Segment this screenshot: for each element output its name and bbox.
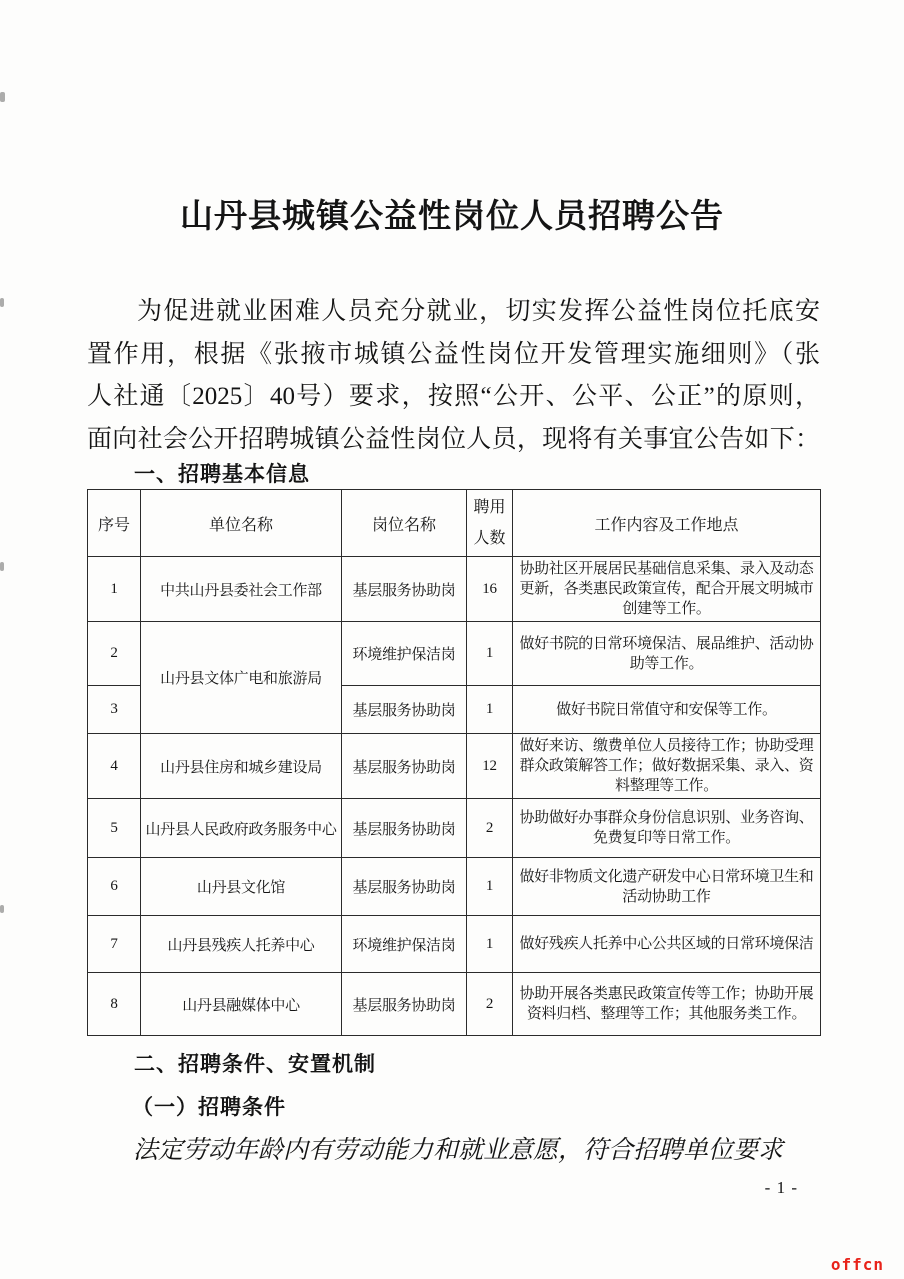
table-row: 2 山丹县文体广电和旅游局 环境维护保洁岗 1 做好书院的日常环境保洁、展品维护… (88, 622, 821, 686)
cell-duty: 做好书院的日常环境保洁、展品维护、活动协助等工作。 (513, 622, 821, 686)
offcn-watermark: offcn (831, 1255, 884, 1274)
cell-no: 3 (88, 686, 141, 734)
cell-post: 基层服务协助岗 (342, 858, 467, 916)
cell-count: 1 (467, 916, 513, 973)
cell-count: 2 (467, 799, 513, 858)
table-row: 8 山丹县融媒体中心 基层服务协助岗 2 协助开展各类惠民政策宣传等工作；协助开… (88, 973, 821, 1036)
intro-line-1: 为促进就业困难人员充分就业，切实发挥公益性岗位托底安 (87, 291, 820, 334)
table-row: 1 中共山丹县委社会工作部 基层服务协助岗 16 协助社区开展居民基础信息采集、… (88, 557, 821, 622)
cell-count: 2 (467, 973, 513, 1036)
cell-post: 环境维护保洁岗 (342, 622, 467, 686)
cell-unit: 山丹县融媒体中心 (141, 973, 342, 1036)
scan-smudge (0, 92, 5, 102)
cell-unit: 山丹县人民政府政务服务中心 (141, 799, 342, 858)
cell-unit: 山丹县残疾人托养中心 (141, 916, 342, 973)
page-number: - 1 - (765, 1178, 798, 1198)
header-duty: 工作内容及工作地点 (513, 490, 821, 557)
table-row: 7 山丹县残疾人托养中心 环境维护保洁岗 1 做好残疾人托养中心公共区域的日常环… (88, 916, 821, 973)
intro-paragraph: 为促进就业困难人员充分就业，切实发挥公益性岗位托底安 置作用，根据《张掖市城镇公… (87, 291, 820, 461)
cell-duty: 做好残疾人托养中心公共区域的日常环境保洁 (513, 916, 821, 973)
scan-smudge (0, 562, 4, 571)
section-1-heading: 一、招聘基本信息 (87, 458, 820, 488)
cell-post: 基层服务协助岗 (342, 799, 467, 858)
cell-duty: 做好来访、缴费单位人员接待工作；协助受理群众政策解答工作；做好数据采集、录入、资… (513, 734, 821, 799)
recruitment-table: 序号 单位名称 岗位名称 聘用人数 工作内容及工作地点 1 中共山丹县委社会工作… (87, 489, 821, 1036)
intro-line-4: 面向社会公开招聘城镇公益性岗位人员，现将有关事宜公告如下： (87, 419, 820, 462)
cell-no: 8 (88, 973, 141, 1036)
table-header-row: 序号 单位名称 岗位名称 聘用人数 工作内容及工作地点 (88, 490, 821, 557)
cell-post: 基层服务协助岗 (342, 557, 467, 622)
cell-duty: 协助社区开展居民基础信息采集、录入及动态更新，各类惠民政策宣传，配合开展文明城市… (513, 557, 821, 622)
cell-unit: 中共山丹县委社会工作部 (141, 557, 342, 622)
cell-no: 5 (88, 799, 141, 858)
cell-duty: 协助开展各类惠民政策宣传等工作；协助开展资料归档、整理等工作；其他服务类工作。 (513, 973, 821, 1036)
cell-no: 4 (88, 734, 141, 799)
intro-line-2: 置作用，根据《张掖市城镇公益性岗位开发管理实施细则》（张 (87, 334, 820, 377)
document-title: 山丹县城镇公益性岗位人员招聘公告 (0, 190, 904, 237)
header-unit: 单位名称 (141, 490, 342, 557)
cell-count: 16 (467, 557, 513, 622)
cell-post: 基层服务协助岗 (342, 686, 467, 734)
cell-count: 1 (467, 686, 513, 734)
intro-line-3: 人社通〔2025〕40号）要求，按照“公开、公平、公正”的原则， (87, 376, 820, 419)
table-row: 4 山丹县住房和城乡建设局 基层服务协助岗 12 做好来访、缴费单位人员接待工作… (88, 734, 821, 799)
cell-duty: 做好非物质文化遗产研发中心日常环境卫生和活动协助工作 (513, 858, 821, 916)
subsection-1-heading: （一）招聘条件 (87, 1091, 820, 1121)
scan-smudge (0, 298, 4, 307)
table-row: 6 山丹县文化馆 基层服务协助岗 1 做好非物质文化遗产研发中心日常环境卫生和活… (88, 858, 821, 916)
cell-duty: 做好书院日常值守和安保等工作。 (513, 686, 821, 734)
cell-count: 12 (467, 734, 513, 799)
header-count: 聘用人数 (467, 490, 513, 557)
cell-count: 1 (467, 622, 513, 686)
cell-no: 2 (88, 622, 141, 686)
cell-no: 7 (88, 916, 141, 973)
header-post: 岗位名称 (342, 490, 467, 557)
cell-count: 1 (467, 858, 513, 916)
cell-post: 基层服务协助岗 (342, 734, 467, 799)
cell-duty: 协助做好办事群众身份信息识别、业务咨询、免费复印等日常工作。 (513, 799, 821, 858)
cell-unit: 山丹县文化馆 (141, 858, 342, 916)
cell-no: 1 (88, 557, 141, 622)
cell-post: 环境维护保洁岗 (342, 916, 467, 973)
table-row: 5 山丹县人民政府政务服务中心 基层服务协助岗 2 协助做好办事群众身份信息识别… (88, 799, 821, 858)
cell-post: 基层服务协助岗 (342, 973, 467, 1036)
cell-unit: 山丹县住房和城乡建设局 (141, 734, 342, 799)
document-page: 山丹县城镇公益性岗位人员招聘公告 为促进就业困难人员充分就业，切实发挥公益性岗位… (0, 0, 904, 1279)
conditions-paragraph: 法定劳动年龄内有劳动能力和就业意愿，符合招聘单位要求 (87, 1130, 820, 1166)
header-no: 序号 (88, 490, 141, 557)
section-2-heading: 二、招聘条件、安置机制 (87, 1048, 820, 1078)
cell-no: 6 (88, 858, 141, 916)
cell-unit-merged: 山丹县文体广电和旅游局 (141, 622, 342, 734)
scan-smudge (0, 905, 4, 913)
